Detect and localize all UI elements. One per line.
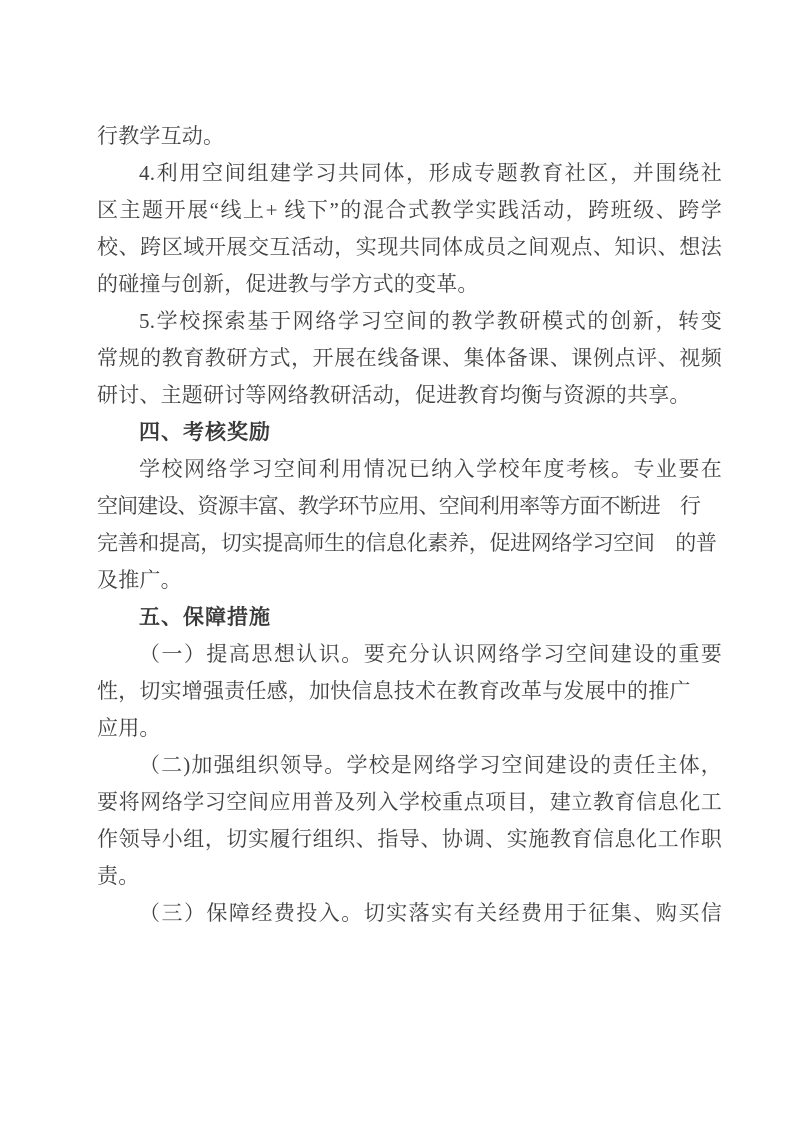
body-line: 研讨、主题研讨等网络教研活动，促进教育均衡与资源的共享。 — [97, 377, 722, 414]
body-line: 区主题开展“线上+ 线下”的混合式教学实践活动，跨班级、跨学 — [97, 192, 722, 229]
body-line: 5.学校探索基于网络学习空间的教学教研模式的创新，转变 — [97, 303, 722, 340]
body-line: 要将网络学习空间应用普及列入学校重点项目，建立教育信息化工 — [97, 784, 722, 821]
body-line: 的碰撞与创新，促进教与学方式的变革。 — [97, 266, 722, 303]
body-line: 完善和提高，切实提高师生的信息化素养，促进网络学习空间 的普 — [97, 525, 722, 562]
body-line: （一）提高思想认识。要充分认识网络学习空间建设的重要 — [97, 636, 722, 673]
body-line: 应用。 — [97, 710, 722, 747]
document-page: 行教学互动。 4.利用空间组建学习共同体，形成专题教育社区，并围绕社 区主题开展… — [0, 0, 793, 1122]
body-line: 学校网络学习空间利用情况已纳入学校年度考核。专业要在 — [97, 451, 722, 488]
body-line: 校、跨区域开展交互活动，实现共同体成员之间观点、知识、想法 — [97, 229, 722, 266]
body-line: 及推广。 — [97, 562, 722, 599]
section-heading: 四、考核奖励 — [97, 414, 722, 451]
body-line: （三）保障经费投入。切实落实有关经费用于征集、购买信 — [97, 895, 722, 932]
text-block: 行教学互动。 4.利用空间组建学习共同体，形成专题教育社区，并围绕社 区主题开展… — [97, 118, 722, 932]
body-line: 责。 — [97, 858, 722, 895]
body-line: 性，切实增强责任感，加快信息技术在教育改革与发展中的推广 — [97, 673, 722, 710]
section-heading: 五、保障措施 — [97, 599, 722, 636]
body-line: （二)加强组织领导。学校是网络学习空间建设的责任主体， — [97, 747, 722, 784]
body-line: 行教学互动。 — [97, 118, 722, 155]
body-line: 作领导小组，切实履行组织、指导、协调、实施教育信息化工作职 — [97, 821, 722, 858]
body-line: 4.利用空间组建学习共同体，形成专题教育社区，并围绕社 — [97, 155, 722, 192]
body-line: 常规的教育教研方式，开展在线备课、集体备课、课例点评、视频 — [97, 340, 722, 377]
body-line: 空间建设、资源丰富、教学环节应用、空间利用率等方面不断进 行 — [97, 488, 722, 525]
